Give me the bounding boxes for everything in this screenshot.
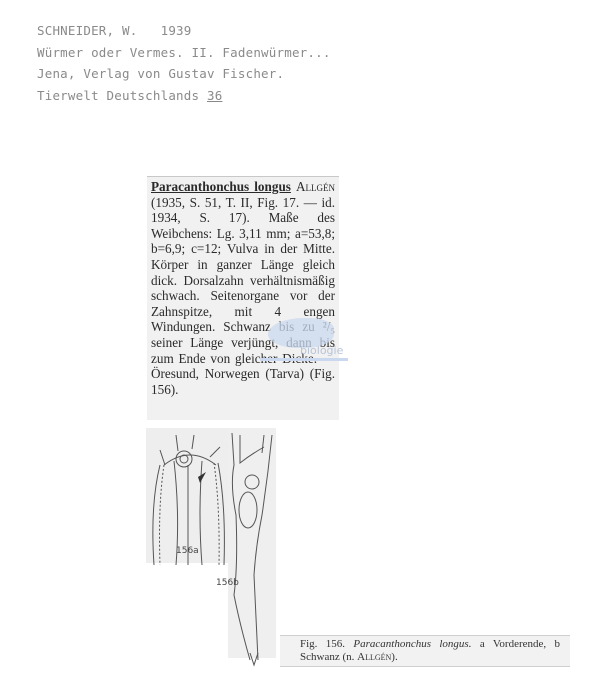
watermark-bar	[260, 358, 348, 361]
caption-prefix: Fig. 156.	[300, 638, 353, 650]
species-description-clipping: Paracanthonchus longus Allgén (1935, S. …	[147, 176, 339, 420]
nematode-illustration: 156a 156b	[140, 425, 290, 675]
species-name: Paracanthonchus longus	[151, 179, 291, 194]
caption-suffix: ).	[391, 651, 397, 663]
figure-caption-clipping: Fig. 156. Paracanthonchus longus. a Vord…	[280, 635, 570, 667]
description-body: (1935, S. 51, T. II, Fig. 17. — id. 1934…	[151, 195, 335, 397]
bibliographic-citation: SCHNEIDER, W. 1939 Würmer oder Vermes. I…	[37, 20, 331, 106]
caption-species: Paracanthonchus longus.	[353, 638, 471, 650]
species-description: Paracanthonchus longus Allgén (1935, S. …	[151, 179, 335, 397]
citation-volume: 36	[207, 88, 222, 103]
citation-publisher: Jena, Verlag von Gustav Fischer.	[37, 63, 331, 85]
figure-label-b: 156b	[216, 578, 239, 588]
figure-caption: Fig. 156. Paracanthonchus longus. a Vord…	[300, 638, 560, 664]
citation-series-name: Tierwelt Deutschlands	[37, 88, 207, 103]
citation-author-year: SCHNEIDER, W. 1939	[37, 20, 331, 42]
figure-label-a: 156a	[176, 546, 199, 556]
caption-author: Allgén	[357, 651, 391, 663]
species-author: Allgén	[296, 179, 335, 194]
watermark-text: biologie	[300, 344, 343, 357]
citation-series: Tierwelt Deutschlands 36	[37, 85, 331, 107]
citation-title: Würmer oder Vermes. II. Fadenwürmer...	[37, 42, 331, 64]
